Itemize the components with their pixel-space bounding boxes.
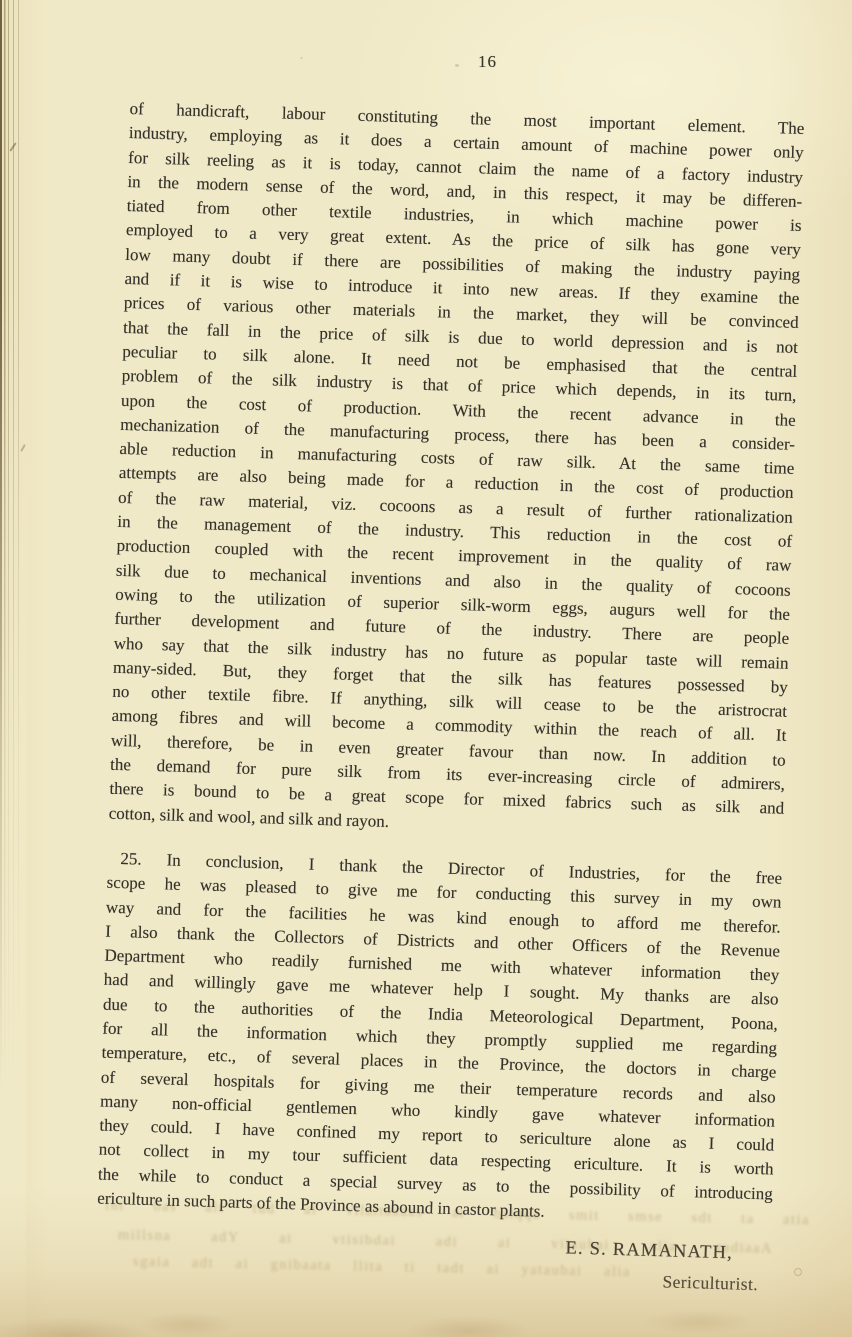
- paragraph: of handicraft, labour constituting the m…: [108, 97, 804, 846]
- book-page-edges: [0, 0, 26, 1337]
- scan-speck: [300, 57, 303, 59]
- page-content: of handicraft, labour constituting the m…: [95, 97, 805, 1298]
- page-number: 16: [478, 52, 497, 72]
- paragraph: 25. In conclusion, I thank the Director …: [97, 847, 783, 1231]
- bottom-paper-shading: [0, 1187, 852, 1337]
- scan-speck: [455, 64, 459, 67]
- scanned-book-page: 16 int bas alt tud ai vilaitaaaas ai bsl…: [0, 0, 852, 1337]
- body-paragraphs: of handicraft, labour constituting the m…: [97, 97, 805, 1231]
